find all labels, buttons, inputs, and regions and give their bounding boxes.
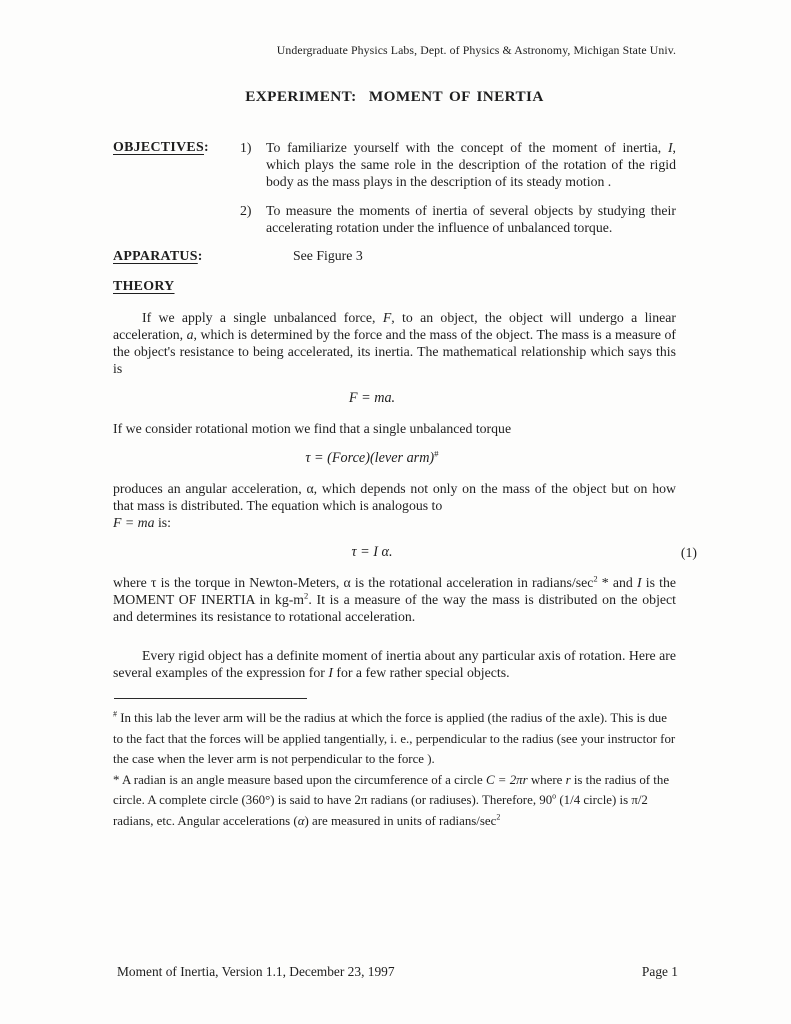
objective-text: To measure the moments of inertia of sev… (266, 203, 676, 235)
footer-version-text: Moment of Inertia, Version 1.1, December… (117, 964, 395, 980)
apparatus-heading: APPARATUS: (113, 249, 203, 264)
apparatus-section: APPARATUS: See Figure 3 (113, 247, 676, 265)
objectives-section: OBJECTIVES: 1) To familiarize yourself w… (113, 139, 676, 236)
objectives-label-column: OBJECTIVES: (113, 139, 240, 236)
page-header-text: Undergraduate Physics Labs, Dept. of Phy… (113, 43, 676, 58)
objectives-heading: OBJECTIVES: (113, 140, 209, 155)
theory-heading-text: THEORY (113, 279, 175, 294)
objective-item-1: 1) To familiarize yourself with the conc… (240, 139, 676, 190)
footnote-asterisk: * A radian is an angle measure based upo… (113, 770, 676, 832)
objectives-heading-text: OBJECTIVES (113, 140, 204, 155)
page-title: EXPERIMENT: MOMENT OF INERTIA (113, 88, 676, 106)
page-footer: Moment of Inertia, Version 1.1, December… (117, 964, 678, 980)
theory-paragraph-4: where τ is the torque in Newton-Meters, … (113, 574, 676, 625)
theory-paragraph-2: If we consider rotational motion we find… (113, 420, 676, 437)
theory-paragraph-1: If we apply a single unbalanced force, F… (113, 309, 676, 377)
objective-text: To familiarize yourself with the concept… (266, 140, 676, 189)
footnote-separator (114, 698, 307, 699)
objective-item-2: 2) To measure the moments of inertia of … (240, 202, 676, 236)
theory-heading: THEORY (113, 279, 676, 295)
equation-torque-lever-arm: τ = (Force)(lever arm)# (113, 450, 676, 467)
equation-number: (1) (681, 544, 697, 561)
objectives-items: 1) To familiarize yourself with the conc… (240, 139, 676, 236)
theory-paragraph-3: produces an angular acceleration, α, whi… (113, 480, 676, 531)
document-page: Undergraduate Physics Labs, Dept. of Phy… (0, 0, 791, 1024)
objective-number: 2) (240, 202, 252, 219)
page-content: Undergraduate Physics Labs, Dept. of Phy… (113, 0, 676, 832)
footer-page-number: Page 1 (642, 964, 678, 980)
equation-torque-inertia-body: τ = I α. (351, 544, 392, 560)
objectives-heading-colon: : (204, 140, 209, 155)
apparatus-label-column: APPARATUS: (113, 247, 293, 265)
footnote-hash: # In this lab the lever arm will be the … (113, 708, 676, 770)
equation-torque-inertia: τ = I α. (1) (113, 544, 676, 561)
theory-paragraph-5: Every rigid object has a definite moment… (113, 647, 676, 681)
apparatus-heading-colon: : (198, 249, 203, 264)
apparatus-heading-text: APPARATUS (113, 249, 198, 264)
apparatus-value: See Figure 3 (293, 247, 363, 265)
equation-f-ma: F = ma. (113, 390, 676, 407)
objective-number: 1) (240, 139, 252, 156)
